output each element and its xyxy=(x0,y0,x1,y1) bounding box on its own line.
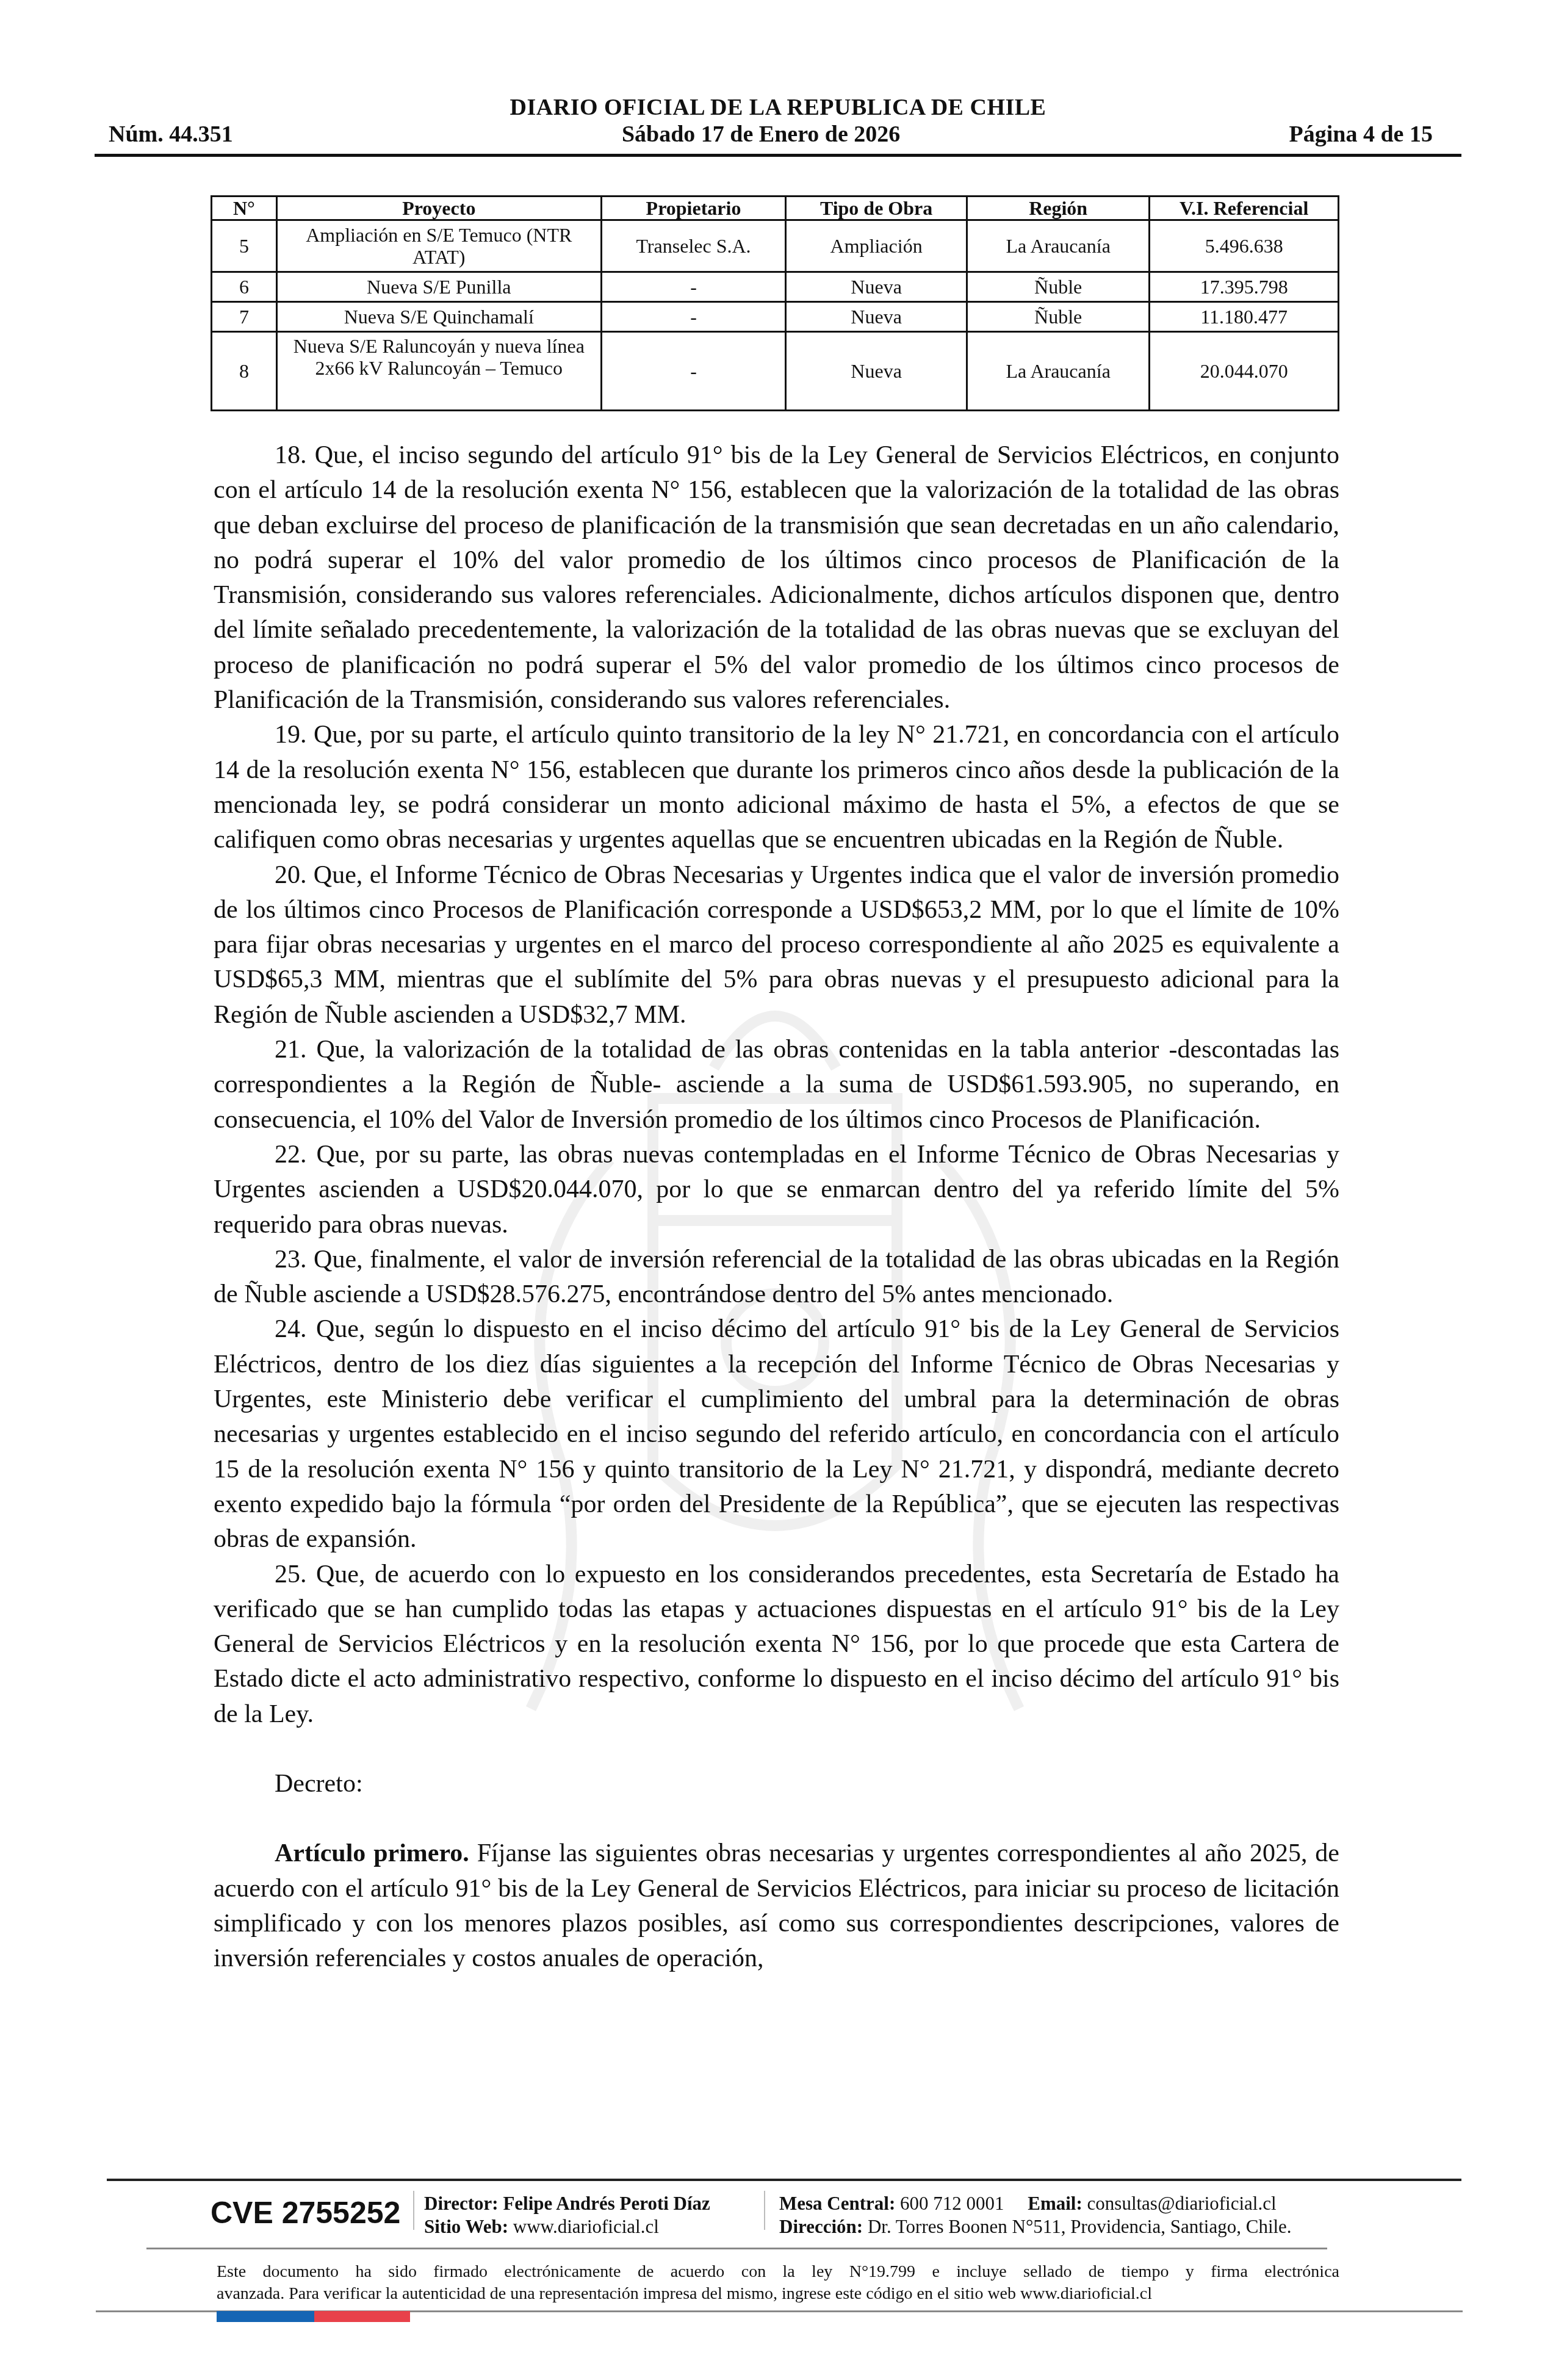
cell-owner: - xyxy=(601,332,786,411)
paragraph-24: 24. Que, según lo dispuesto en el inciso… xyxy=(214,1312,1339,1557)
col-header-work-type: Tipo de Obra xyxy=(786,197,967,220)
table-row: 8 Nueva S/E Raluncoyán y nueva línea 2x6… xyxy=(212,332,1339,411)
cell-region: La Araucanía xyxy=(967,220,1150,272)
disclaimer-line-2: avanzada. Para verificar la autenticidad… xyxy=(217,2283,1339,2305)
table-row: 5 Ampliación en S/E Temuco (NTR ATAT) Tr… xyxy=(212,220,1339,272)
works-table: N° Proyecto Propietario Tipo de Obra Reg… xyxy=(211,195,1339,411)
cell-project: Nueva S/E Quinchamalí xyxy=(276,302,601,332)
col-header-region: Región xyxy=(967,197,1150,220)
header-info-row: Núm. 44.351 Sábado 17 de Enero de 2026 P… xyxy=(109,121,1433,148)
paragraph-21: 21. Que, la valorización de la totalidad… xyxy=(214,1033,1339,1138)
flag-stripe-red-icon xyxy=(314,2311,410,2322)
cell-number: 8 xyxy=(212,332,277,411)
col-header-number: N° xyxy=(212,197,277,220)
footer-separator xyxy=(413,2191,414,2230)
paragraph-19: 19. Que, por su parte, el artículo quint… xyxy=(214,718,1339,857)
footer-separator xyxy=(764,2191,765,2230)
paragraph-18: 18. Que, el inciso segundo del artículo … xyxy=(214,438,1339,718)
website-label: Sitio Web: xyxy=(424,2216,508,2237)
email-label: Email: xyxy=(1028,2193,1082,2214)
page-indicator: Página 4 de 15 xyxy=(1289,121,1433,148)
footer-contact-block: Mesa Central: 600 712 0001 Email: consul… xyxy=(779,2192,1292,2238)
issue-number: Núm. 44.351 xyxy=(109,121,233,148)
disclaimer-line-1: Este documento ha sido firmado electróni… xyxy=(217,2261,1339,2283)
cell-project: Nueva S/E Punilla xyxy=(276,272,601,302)
cell-work-type: Nueva xyxy=(786,332,967,411)
header-divider xyxy=(95,154,1461,157)
website-link[interactable]: www.diarioficial.cl xyxy=(508,2216,659,2237)
paragraph-22: 22. Que, por su parte, las obras nuevas … xyxy=(214,1138,1339,1242)
cell-region: Ñuble xyxy=(967,272,1150,302)
cell-region: La Araucanía xyxy=(967,332,1150,411)
table-header-row: N° Proyecto Propietario Tipo de Obra Reg… xyxy=(212,197,1339,220)
paragraph-23: 23. Que, finalmente, el valor de inversi… xyxy=(214,1242,1339,1313)
col-header-project: Proyecto xyxy=(276,197,601,220)
email-link[interactable]: consultas@diarioficial.cl xyxy=(1082,2193,1277,2214)
cell-work-type: Nueva xyxy=(786,302,967,332)
col-header-owner: Propietario xyxy=(601,197,786,220)
phone-number: 600 712 0001 xyxy=(895,2193,1004,2214)
paragraph-25: 25. Que, de acuerdo con lo expuesto en l… xyxy=(214,1557,1339,1732)
phone-label: Mesa Central: xyxy=(779,2193,895,2214)
decree-heading: Decreto: xyxy=(214,1767,1339,1801)
cell-reference-value: 11.180.477 xyxy=(1150,302,1339,332)
flag-stripe-blue-icon xyxy=(217,2311,314,2322)
article-first-heading: Artículo primero. xyxy=(275,1839,469,1867)
footer-divider xyxy=(146,2248,1327,2249)
publication-date: Sábado 17 de Enero de 2026 xyxy=(622,121,900,148)
signature-disclaimer: Este documento ha sido firmado electróni… xyxy=(217,2261,1339,2305)
cell-owner: - xyxy=(601,272,786,302)
cell-number: 7 xyxy=(212,302,277,332)
document-body: 18. Que, el inciso segundo del artículo … xyxy=(214,438,1339,1976)
col-header-reference-value: V.I. Referencial xyxy=(1150,197,1339,220)
paragraph-20: 20. Que, el Informe Técnico de Obras Nec… xyxy=(214,858,1339,1033)
publication-title: DIARIO OFICIAL DE LA REPUBLICA DE CHILE xyxy=(0,94,1556,121)
footer-director-block: Director: Felipe Andrés Peroti Díaz Siti… xyxy=(424,2192,710,2238)
cell-reference-value: 5.496.638 xyxy=(1150,220,1339,272)
address-value: Dr. Torres Boonen N°511, Providencia, Sa… xyxy=(863,2216,1291,2237)
address-label: Dirección: xyxy=(779,2216,863,2237)
table-row: 7 Nueva S/E Quinchamalí - Nueva Ñuble 11… xyxy=(212,302,1339,332)
cell-owner: - xyxy=(601,302,786,332)
cell-project: Ampliación en S/E Temuco (NTR ATAT) xyxy=(276,220,601,272)
cell-reference-value: 17.395.798 xyxy=(1150,272,1339,302)
footer-divider xyxy=(107,2179,1461,2181)
cell-region: Ñuble xyxy=(967,302,1150,332)
cve-code: CVE 2755252 xyxy=(211,2195,406,2230)
cell-work-type: Ampliación xyxy=(786,220,967,272)
director-name: Felipe Andrés Peroti Díaz xyxy=(499,2193,710,2214)
article-first: Artículo primero. Fíjanse las siguientes… xyxy=(214,1836,1339,1976)
cell-reference-value: 20.044.070 xyxy=(1150,332,1339,411)
cell-work-type: Nueva xyxy=(786,272,967,302)
table-row: 6 Nueva S/E Punilla - Nueva Ñuble 17.395… xyxy=(212,272,1339,302)
cell-owner: Transelec S.A. xyxy=(601,220,786,272)
cell-project: Nueva S/E Raluncoyán y nueva línea 2x66 … xyxy=(276,332,601,411)
director-label: Director: xyxy=(424,2193,499,2214)
cell-number: 5 xyxy=(212,220,277,272)
cell-number: 6 xyxy=(212,272,277,302)
